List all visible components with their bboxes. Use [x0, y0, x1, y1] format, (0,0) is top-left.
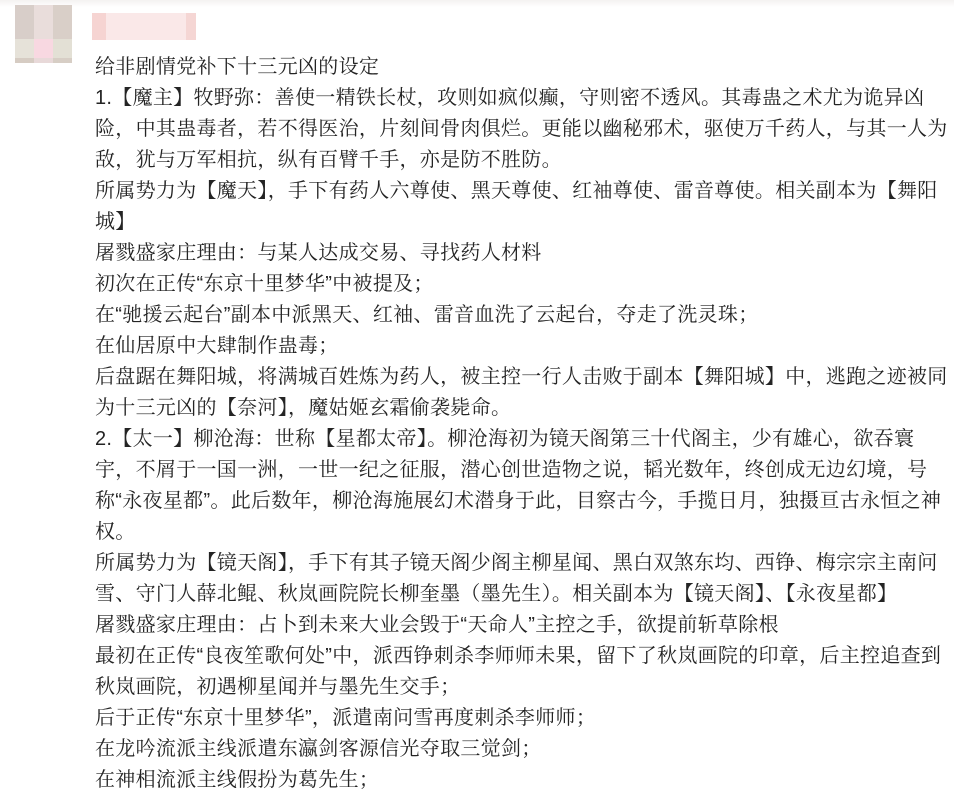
post-line: 屠戮盛家庄理由：占卜到未来大业会毁于“天命人”主控之手，欲提前斩草除根: [95, 610, 951, 641]
post-line: 为十三元凶的【奈河】，魔姑姬玄霜偷袭毙命。: [95, 393, 951, 424]
post-line: 称“永夜星都”。此后数年，柳沧海施展幻术潜身于此，目察古今，手揽日月，独摄亘古永…: [95, 486, 951, 517]
post-line: 城】: [95, 207, 951, 238]
post-line: 最初在正传“良夜笙歌何处”中，派西铮刺杀李师师未果，留下了秋岚画院的印章，后主控…: [95, 641, 951, 672]
post-line: 后于正传“东京十里梦华”，派遣南问雪再度刺杀李师师；: [95, 703, 951, 734]
post-line: 雪、守门人薛北鲲、秋岚画院院长柳奎墨（墨先生）。相关副本为【镜天阁】、【永夜星都…: [95, 579, 951, 610]
avatar[interactable]: [15, 5, 72, 63]
post-line: 所属势力为【镜天阁】，手下有其子镜天阁少阁主柳星闻、黑白双煞东均、西铮、梅宗宗主…: [95, 548, 951, 579]
avatar-mosaic-cell: [15, 58, 34, 63]
avatar-mosaic-cell: [15, 39, 34, 58]
post-line: 秋岚画院，初遇柳星闻并与墨先生交手；: [95, 672, 951, 703]
avatar-mosaic-cell: [34, 5, 53, 39]
username-redaction-right: [186, 13, 196, 40]
avatar-mosaic-cell: [15, 5, 34, 39]
avatar-mosaic-cell: [53, 5, 72, 39]
post-line: 所属势力为【魔天】，手下有药人六尊使、黑天尊使、红袖尊使、雷音尊使。相关副本为【…: [95, 176, 951, 207]
post-body: 给非剧情党补下十三元凶的设定 1.【魔主】牧野弥：善使一精铁长杖，攻则如疯似癫，…: [95, 52, 951, 796]
post-line: 1.【魔主】牧野弥：善使一精铁长杖，攻则如疯似癫，守则密不透风。其毒蛊之术尤为诡…: [95, 83, 951, 114]
post-line: 在仙居原中大肆制作蛊毒；: [95, 331, 951, 362]
post-line: 在神相流派主线假扮为葛先生；: [95, 765, 951, 796]
post-line: 2.【太一】柳沧海：世称【星都太帝】。柳沧海初为镜天阁第三十代阁主，少有雄心，欲…: [95, 424, 951, 455]
post-line: 险，中其蛊毒者，若不得医治，片刻间骨肉俱烂。更能以幽秘邪术，驱使万千药人，与其一…: [95, 114, 951, 145]
username-redacted[interactable]: [92, 13, 196, 40]
post-line: 后盘踞在舞阳城，将满城百姓炼为药人，被主控一行人击败于副本【舞阳城】中，逃跑之迹…: [95, 362, 951, 393]
post-line: 初次在正传“东京十里梦华”中被提及；: [95, 269, 951, 300]
avatar-mosaic-cell: [53, 58, 72, 63]
avatar-mosaic-cell: [34, 39, 53, 58]
avatar-mosaic-cell: [34, 58, 53, 63]
post-line: 敌，犹与万军相抗，纵有百臂千手，亦是防不胜防。: [95, 145, 951, 176]
avatar-mosaic-cell: [53, 39, 72, 58]
post-line: 在龙吟流派主线派遣东瀛剑客源信光夺取三觉剑；: [95, 734, 951, 765]
post-line: 屠戮盛家庄理由：与某人达成交易、寻找药人材料: [95, 238, 951, 269]
top-fade: [0, 0, 954, 7]
post-line: 宇，不屑于一国一洲，一世一纪之征服，潜心创世造物之说，韬光数年，终创成无边幻境，…: [95, 455, 951, 486]
username-redaction-middle: [106, 13, 186, 40]
username-redaction-left: [92, 13, 106, 40]
post-line: 在“驰援云起台”副本中派黑天、红袖、雷音血洗了云起台，夺走了洗灵珠；: [95, 300, 951, 331]
post-title-line: 给非剧情党补下十三元凶的设定: [95, 52, 951, 83]
post-line: 权。: [95, 517, 951, 548]
